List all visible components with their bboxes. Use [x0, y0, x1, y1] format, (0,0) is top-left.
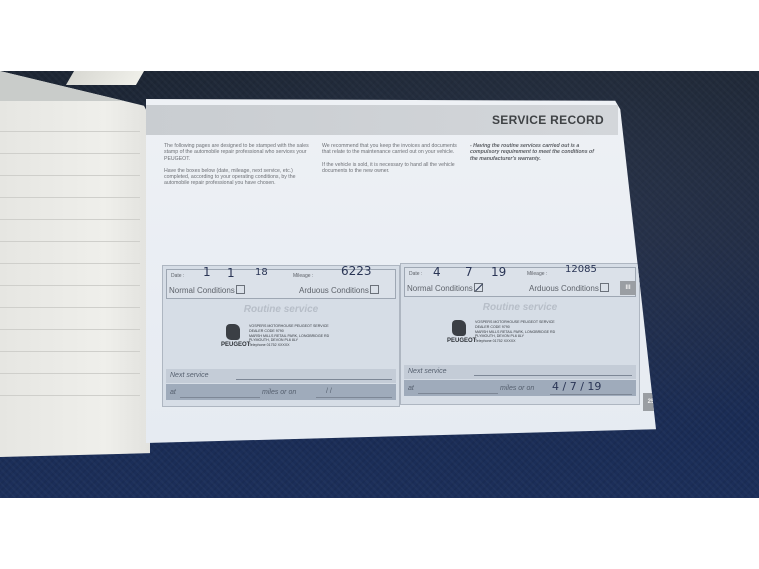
dealer-stamp: PEUGEOT VOSPERS MOTORHOUSE PEUGEOT SERVI… [447, 320, 577, 350]
arduous-conditions: Arduous Conditions [299, 285, 379, 295]
ruled-line [0, 285, 140, 286]
miles-or-on-label: miles or on [262, 389, 296, 396]
section-tab: III [620, 281, 636, 295]
intro-column-1: The following pages are designed to be s… [164, 143, 310, 193]
next-service-row: Next service [404, 365, 636, 379]
at-label: at [170, 389, 176, 396]
mileage-value[interactable]: 6223 [341, 264, 372, 278]
normal-conditions-checkbox[interactable] [474, 283, 483, 292]
peugeot-lion-icon [452, 320, 466, 336]
intro-paragraph: If the vehicle is sold, it is necessary … [322, 162, 462, 175]
next-service-label: Next service [170, 372, 209, 379]
service-record-card-1: Date : 1 1 18 Mileage : 6223 Normal Cond… [162, 265, 400, 407]
ruled-line [0, 241, 140, 242]
stamp-brand: PEUGEOT [221, 342, 250, 348]
warranty-note: - Having the routine services carried ou… [470, 143, 602, 162]
intro-column-3: - Having the routine services carried ou… [470, 143, 602, 168]
date-month[interactable]: 7 [465, 265, 473, 279]
date-line [316, 397, 392, 398]
date-day[interactable]: 1 [203, 265, 211, 279]
ruled-line [0, 395, 140, 396]
next-service-label: Next service [408, 368, 447, 375]
service-record-page: SERVICE RECORD The following pages are d… [146, 99, 656, 443]
date-day[interactable]: 4 [433, 265, 441, 279]
arduous-conditions-checkbox[interactable] [600, 283, 609, 292]
normal-conditions: Normal Conditions [407, 283, 483, 293]
intro-paragraph: Have the boxes below (date, mileage, nex… [164, 168, 310, 187]
next-service-date[interactable]: / / [326, 388, 332, 395]
at-label: at [408, 385, 414, 392]
ruled-line [0, 351, 140, 352]
normal-conditions-checkbox[interactable] [236, 285, 245, 294]
next-service-at-row: at miles or on / / [166, 384, 396, 400]
routine-service-label: Routine service [163, 304, 399, 315]
stamp-address: VOSPERS MOTORHOUSE PEUGEOT SERVICE DEALE… [475, 320, 555, 344]
record-header: Date : 1 1 18 Mileage : 6223 Normal Cond… [166, 269, 396, 299]
next-service-row: Next service [166, 369, 396, 383]
header-band: SERVICE RECORD [146, 105, 618, 135]
ruled-line [0, 307, 140, 308]
intro-paragraph: The following pages are designed to be s… [164, 143, 310, 162]
mileage-label: Mileage : [293, 273, 313, 279]
next-service-line [236, 379, 392, 380]
miles-line[interactable] [418, 393, 498, 394]
date-month[interactable]: 1 [227, 266, 235, 280]
ruled-line [0, 329, 140, 330]
miles-or-on-label: miles or on [500, 385, 534, 392]
arduous-conditions-checkbox[interactable] [370, 285, 379, 294]
ruled-line [0, 263, 140, 264]
service-record-card-2: Date : 4 7 19 Mileage : 12085 Normal Con… [400, 263, 640, 405]
next-service-at-row: at miles or on 4 / 7 / 19 [404, 380, 636, 396]
date-year[interactable]: 18 [255, 267, 268, 278]
stamp-line: Telephone 01752 XXXXX [249, 343, 329, 348]
date-label: Date : [409, 271, 422, 277]
normal-conditions-label: Normal Conditions [169, 286, 235, 295]
stamp-brand: PEUGEOT [447, 338, 476, 344]
next-service-date[interactable]: 4 / 7 / 19 [552, 380, 601, 393]
stamp-line: Telephone 01752 XXXXX [475, 339, 555, 344]
date-year[interactable]: 19 [491, 265, 506, 279]
arduous-conditions: Arduous Conditions [529, 283, 609, 293]
ruled-line [0, 175, 140, 176]
date-label: Date : [171, 273, 184, 279]
next-service-line [474, 375, 632, 376]
miles-line[interactable] [180, 397, 260, 398]
left-page-notes [0, 71, 150, 457]
intro-column-2: We recommend that you keep the invoices … [322, 143, 462, 180]
ruled-line [0, 219, 140, 220]
arduous-conditions-label: Arduous Conditions [529, 284, 599, 293]
paper-scrap [66, 71, 144, 85]
ruled-line [0, 197, 140, 198]
ruled-line [0, 131, 140, 132]
ruled-line [0, 153, 140, 154]
normal-conditions: Normal Conditions [169, 285, 245, 295]
peugeot-lion-icon [226, 324, 240, 340]
dealer-stamp: PEUGEOT VOSPERS MOTORHOUSE PEUGEOT SERVI… [221, 324, 351, 354]
mileage-value[interactable]: 12085 [565, 264, 597, 275]
date-line [550, 394, 632, 395]
routine-service-label: Routine service [401, 302, 639, 313]
normal-conditions-label: Normal Conditions [407, 284, 473, 293]
ruled-line [0, 373, 140, 374]
arduous-conditions-label: Arduous Conditions [299, 286, 369, 295]
page-title: SERVICE RECORD [492, 113, 604, 127]
mileage-label: Mileage : [527, 271, 547, 277]
intro-paragraph: We recommend that you keep the invoices … [322, 143, 462, 156]
record-header: Date : 4 7 19 Mileage : 12085 Normal Con… [404, 267, 636, 297]
stamp-address: VOSPERS MOTORHOUSE PEUGEOT SERVICE DEALE… [249, 324, 329, 348]
